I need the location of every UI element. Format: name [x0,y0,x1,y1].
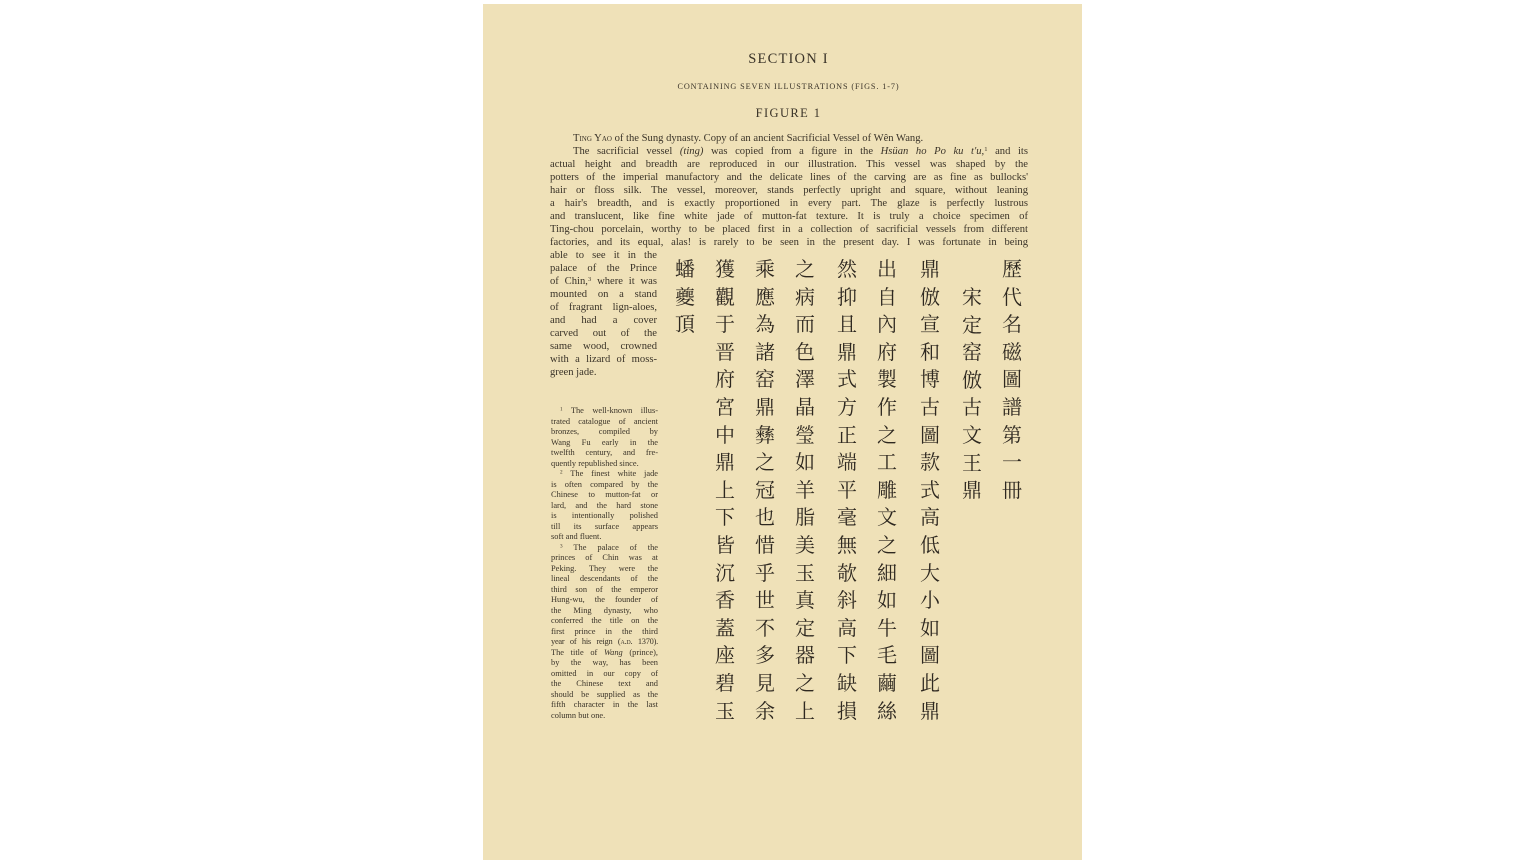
footnote-3-line: by the way, has been [551,658,658,669]
body-line-narrow: with a lizard of moss- [550,353,657,366]
body-line-narrow: and had a cover [550,314,657,327]
text-segment: The title of [551,648,604,657]
footnote-3-line: 3 The palace of the [551,543,658,554]
footnote-3-line: Peking. They were the [551,564,658,575]
text-segment: The palace of the [563,543,658,552]
footnotes: 1 The well-known illus- trated catalogue… [551,406,658,721]
chinese-column-book-title: 歷代名磁圖譜第一冊 [999,256,1025,504]
footnote-3-line: should be supplied as the [551,690,658,701]
body-line-narrow: carved out of the [550,327,657,340]
body-line: factories, and its equal, alas! is rarel… [550,236,1028,249]
text-segment: (prince), [623,648,658,657]
text-segment: where it was [591,276,657,287]
text-segment: and its [987,146,1028,157]
body-line-narrow: able to see it in the [550,249,657,262]
footnote-2-line: Chinese to mutton-fat or [551,490,658,501]
footnote-2-line: is intentionally polished [551,511,658,522]
chinese-column: 鼎倣宣和博古圖款式高低大小如圖此鼎 [917,256,943,725]
footnote-3-line: year of his reign (a.d. 1370). [551,637,658,648]
text-segment: 1370). [632,637,658,646]
text-segment: The well-known illus- [563,406,658,415]
figure-title: FIGURE 1 [483,106,1082,121]
description-text: Ting Yao of the Sung dynasty. Copy of an… [550,132,1028,379]
footnote-3-line: fifth character in the last [551,700,658,711]
footnote-3-line: The title of Wang (prince), [551,648,658,659]
body-line: a hair's breadth, and is exactly proport… [550,197,1028,210]
body-line-narrow: mounted on a stand [550,288,657,301]
chinese-column: 獲觀于晋府宮中鼎上下皆沉香蓋座碧玉 [712,256,738,725]
body-line-narrow: palace of the Prince [550,262,657,275]
footnote-2-line: soft and fluent. [551,532,658,543]
footnote-3-line: Hung-wu, the founder of [551,595,658,606]
caption-text: of the Sung dynasty. Copy of an ancient … [612,133,923,144]
italic-term: Wang [604,648,623,657]
caption-ware-name: Ting Yao [573,133,612,144]
body-line: hair or floss silk. The vessel, moreover… [550,184,1028,197]
chinese-column: 之病而色澤晶瑩如羊脂美玉真定器之上 [792,256,818,725]
body-line-narrow: of fragrant lign-aloes, [550,301,657,314]
footnote-3-line: conferred the title on the [551,616,658,627]
footnote-3-line: lineal descendants of the [551,574,658,585]
book-page: SECTION I CONTAINING SEVEN ILLUSTRATIONS… [483,4,1082,860]
body-line: and translucent, like fine white jade of… [550,210,1028,223]
italic-term: (ting) [680,146,704,157]
footnote-1-line: quently republished since. [551,459,658,470]
footnote-3-line: the Ming dynasty, who [551,606,658,617]
text-segment: The sacrificial vessel [573,146,680,157]
body-line-narrow: same wood, crowned [550,340,657,353]
body-line: Ting-chou porcelain, worthy to be placed… [550,223,1028,236]
chinese-column: 出自內府製作之工雕文之細如牛毛繭絲 [874,256,900,725]
section-title: SECTION I [483,51,1082,68]
footnote-1-line: twelfth century, and fre- [551,448,658,459]
chinese-column-item-title: 宋定窑倣古文王鼎 [959,284,985,505]
footnote-2-line: lard, and the hard stone [551,501,658,512]
footnote-1-line: bronzes, compiled by [551,427,658,438]
footnote-2-line: is often compared by the [551,480,658,491]
chinese-column: 蟠夔頂 [672,256,698,339]
footnote-2-line: till its surface appears [551,522,658,533]
footnote-1-line: 1 The well-known illus- [551,406,658,417]
caption-line: Ting Yao of the Sung dynasty. Copy of an… [550,132,1028,145]
text-segment: year of his reign ( [551,637,620,646]
body-line: potters of the imperial manufactory and … [550,171,1028,184]
footnote-3-line: column but one. [551,711,658,722]
body-line-narrow: of Chin,3 where it was [550,275,657,288]
era-abbreviation: a.d. [620,637,632,646]
footnote-3-line: princes of Chin was at [551,553,658,564]
section-subtitle: CONTAINING SEVEN ILLUSTRATIONS (FIGS. 1-… [483,82,1082,91]
italic-title: Hsüan ho Po ku t'u, [881,146,985,157]
footnote-3-line: the Chinese text and [551,679,658,690]
body-line: actual height and breadth are reproduced… [550,158,1028,171]
footnote-1-line: trated catalogue of ancient [551,417,658,428]
footnote-3-line: omitted in our copy of [551,669,658,680]
chinese-column: 乘應為諸窑鼎彝之冠也惜乎世不多見余 [752,256,778,725]
text-segment: of Chin, [550,276,588,287]
footnote-2-line: 2 The finest white jade [551,469,658,480]
text-segment: The finest white jade [563,469,658,478]
text-segment: was copied from a figure in the [703,146,880,157]
footnote-3-line: first prince in the third [551,627,658,638]
footnote-3-line: third son of the emperor [551,585,658,596]
body-line: The sacrificial vessel (ting) was copied… [550,145,1028,158]
footnote-1-line: Wang Fu early in the [551,438,658,449]
body-line-narrow: green jade. [550,366,657,379]
chinese-column: 然抑且鼎式方正端平毫無欹斜高下缺損 [834,256,860,725]
